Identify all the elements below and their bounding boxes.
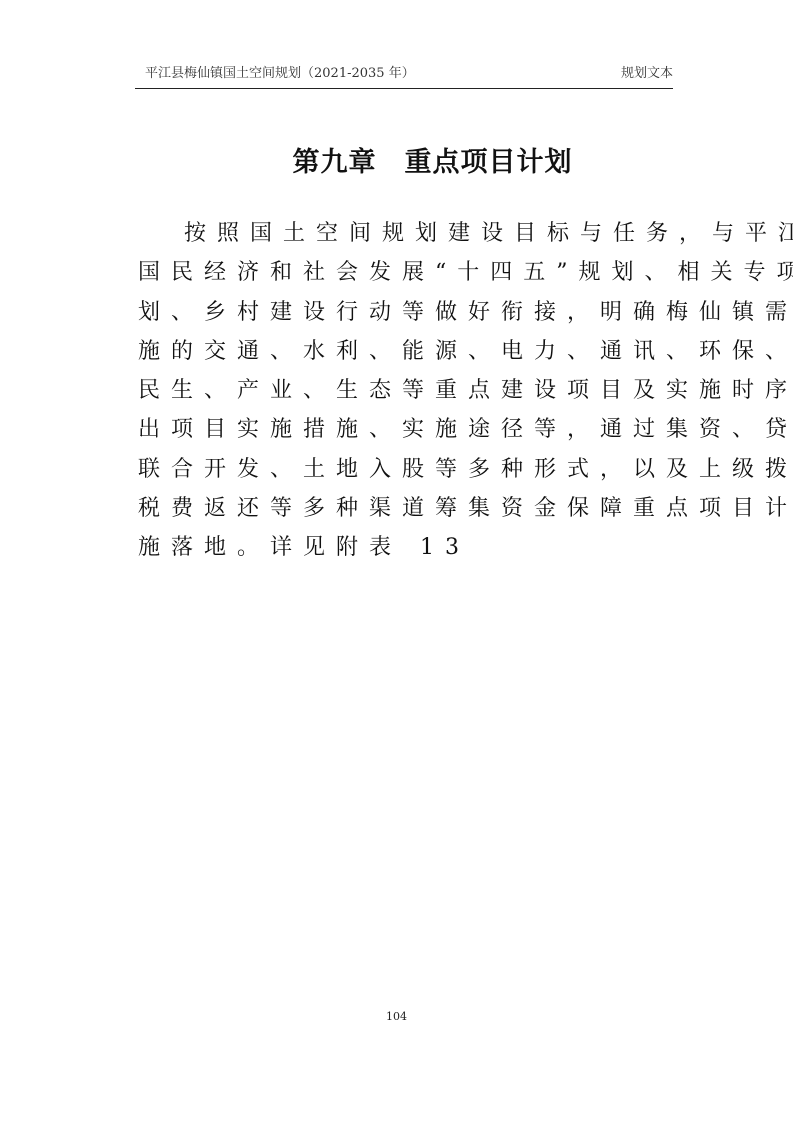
chapter-number: 第九章 — [293, 147, 377, 178]
page-header: 平江县梅仙镇国土空间规划（2021-2035 年） 规划文本 — [135, 62, 673, 88]
header-document-type: 规划文本 — [621, 62, 673, 81]
header-rule — [135, 88, 673, 89]
header-document-title: 平江县梅仙镇国土空间规划（2021-2035 年） — [145, 62, 415, 81]
paragraph-line: 划、乡村建设行动等做好衔接，明确梅仙镇需要实 — [138, 293, 678, 332]
paragraph-line: 税费返还等多种渠道筹集资金保障重点项目计划实 — [138, 489, 678, 528]
paragraph-line: 联合开发、土地入股等多种形式，以及上级拨款、 — [138, 450, 678, 489]
page-number: 104 — [0, 1010, 793, 1023]
chapter-heading: 第九章重点项目计划 — [0, 140, 793, 179]
paragraph-line: 出项目实施措施、实施途径等，通过集资、贷款、 — [138, 410, 678, 449]
paragraph-line: 民生、产业、生态等重点建设项目及实施时序，提 — [138, 371, 678, 410]
paragraph-line: 施落地。详见附表 13 — [138, 528, 678, 567]
paragraph-line: 施的交通、水利、能源、电力、通讯、环保、旅游、 — [138, 332, 678, 371]
body-paragraph: 按照国土空间规划建设目标与任务，与平江县 国民经济和社会发展“十四五”规划、相关… — [138, 214, 678, 568]
chapter-title: 重点项目计划 — [405, 147, 573, 178]
paragraph-line: 国民经济和社会发展“十四五”规划、相关专项规 — [138, 253, 678, 292]
paragraph-line: 按照国土空间规划建设目标与任务，与平江县 — [138, 214, 678, 253]
